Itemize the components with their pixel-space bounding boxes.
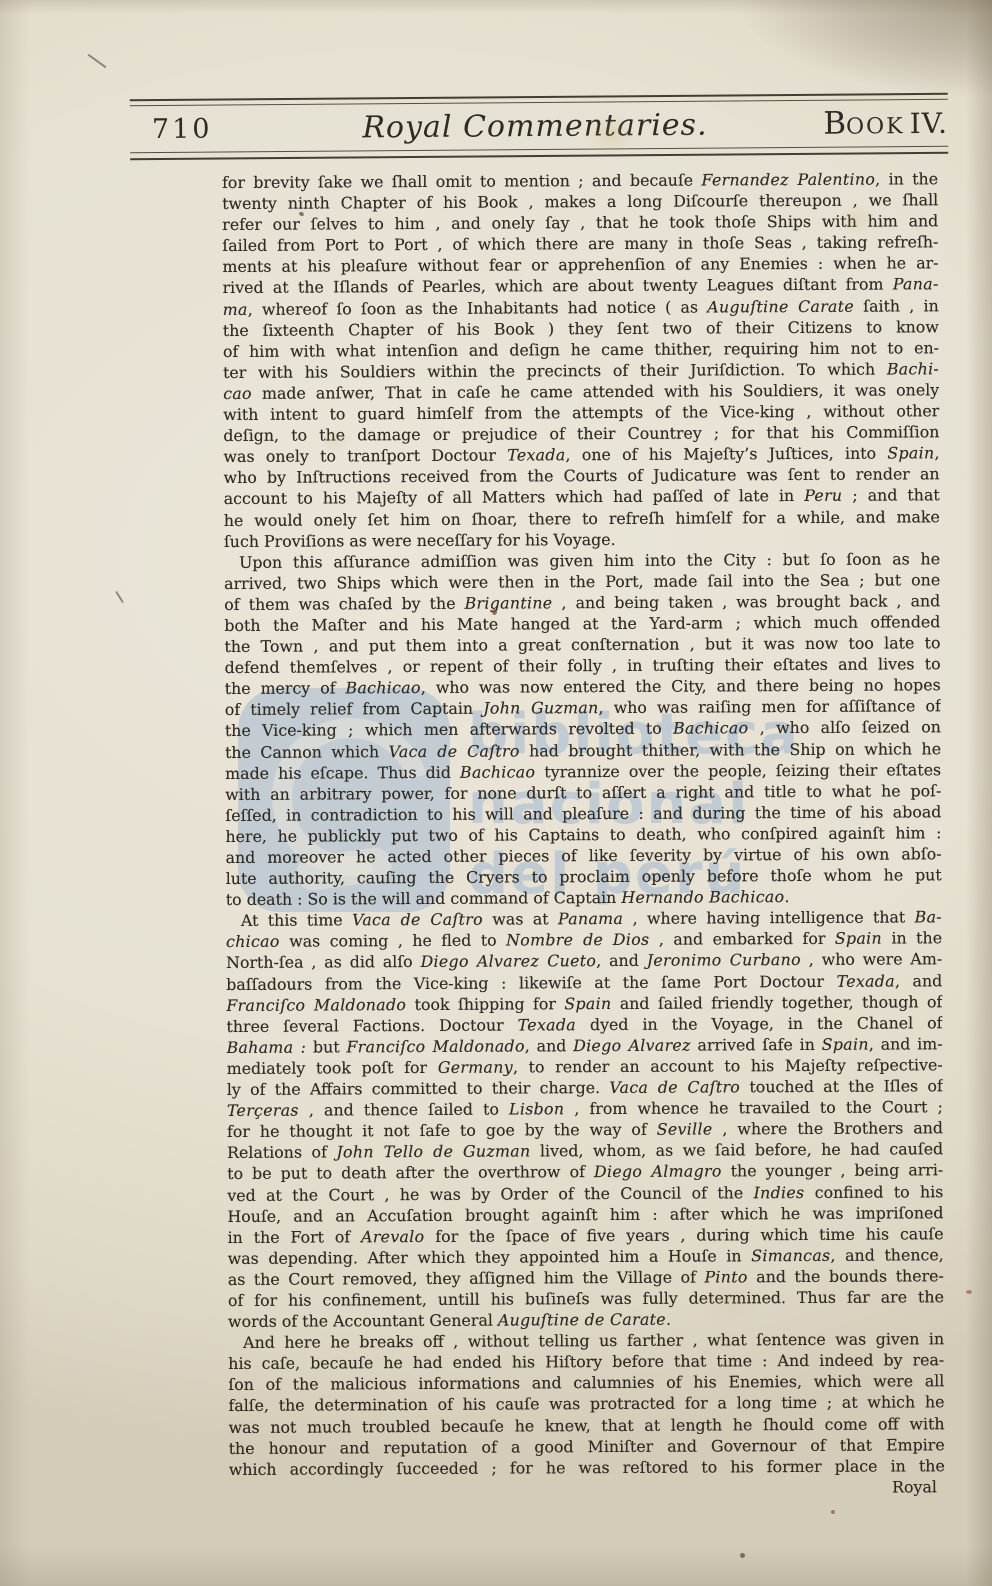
catchword: Royal [229,1476,945,1501]
ink-speck [831,1510,835,1514]
page-corner-shadow [652,0,992,130]
pen-mark [88,54,107,69]
page-edge-shadow-left [0,0,30,1586]
ink-speck [966,1290,972,1294]
text-line: account to his Majeſty of all Matters wh… [224,485,940,510]
page-number: 710 [130,113,272,145]
text-line: which accordingly ſucceeded ; for he was… [229,1455,945,1480]
book-page-scan: bibliotecanacionaldel perú 710 Royal Com… [0,0,992,1586]
ink-speck [740,1553,745,1558]
header-rule-bottom-thick [130,152,948,160]
text-line: he would onely ſet him on ſhoar, there t… [224,506,940,531]
page-edge-shadow-right [966,0,992,1586]
text-line: to be put to death after the overthrow o… [227,1160,943,1185]
ink-speck [492,609,497,615]
pen-mark [115,591,124,603]
page-edge-shadow-bottom [0,1546,992,1586]
text-column: for brevity ſake we ſhall omit to mentio… [222,168,945,1501]
text-line: of for his confinement, untill his buſin… [228,1286,944,1311]
text-line: lute authority, cauſing the Cryers to pr… [226,864,942,889]
